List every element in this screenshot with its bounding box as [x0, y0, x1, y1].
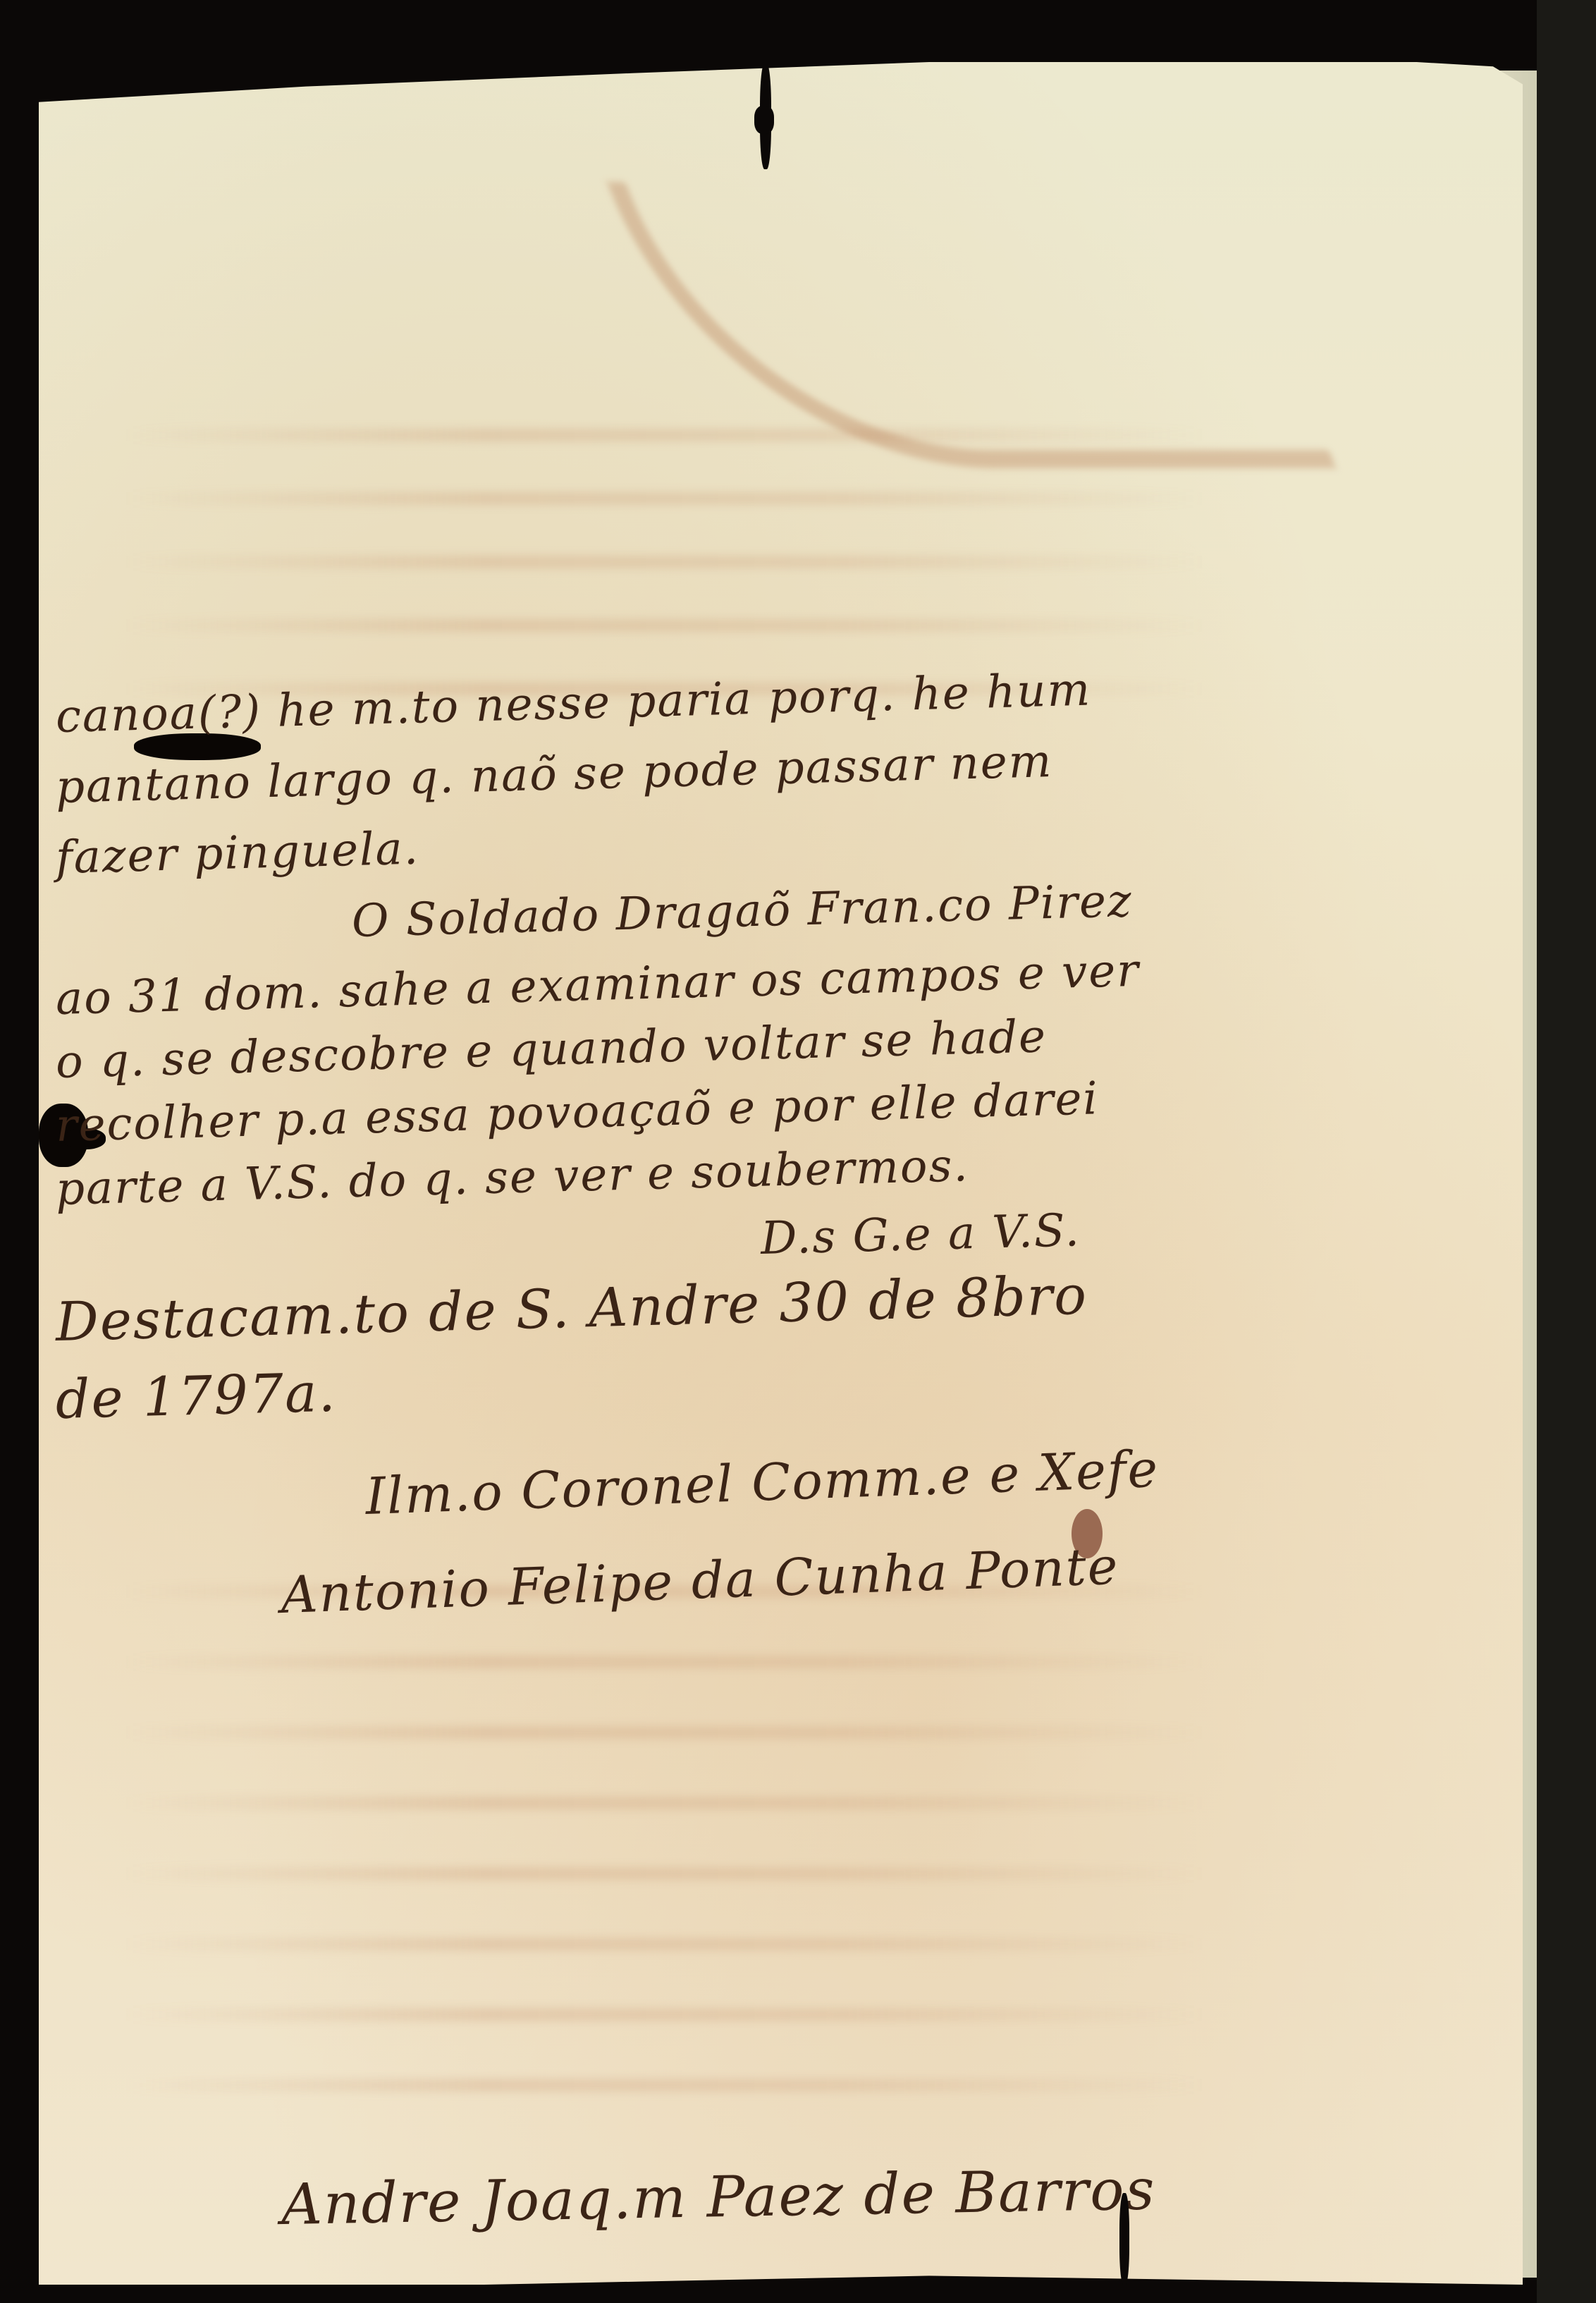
closing-formula: D.s G.e a V.S. [760, 1204, 1081, 1265]
show-through-line [123, 1726, 1205, 1739]
show-through-line [123, 1938, 1205, 1950]
show-through-line [123, 1797, 1205, 1809]
body-line: fazer pinguela. [55, 823, 420, 884]
show-through-line [123, 1867, 1205, 1880]
paper-tear [754, 106, 774, 134]
dateline-year: de 1797a. [55, 1361, 338, 1431]
show-through-line [123, 2079, 1205, 2091]
show-through-line [123, 2008, 1205, 2021]
show-through-line [123, 619, 1205, 632]
stain-curve [607, 182, 1336, 468]
show-through-line [123, 1656, 1205, 1668]
paper-tear [1119, 2193, 1129, 2285]
show-through-line [123, 556, 1205, 568]
scan-backdrop [1537, 0, 1596, 2303]
show-through-line [123, 492, 1205, 505]
